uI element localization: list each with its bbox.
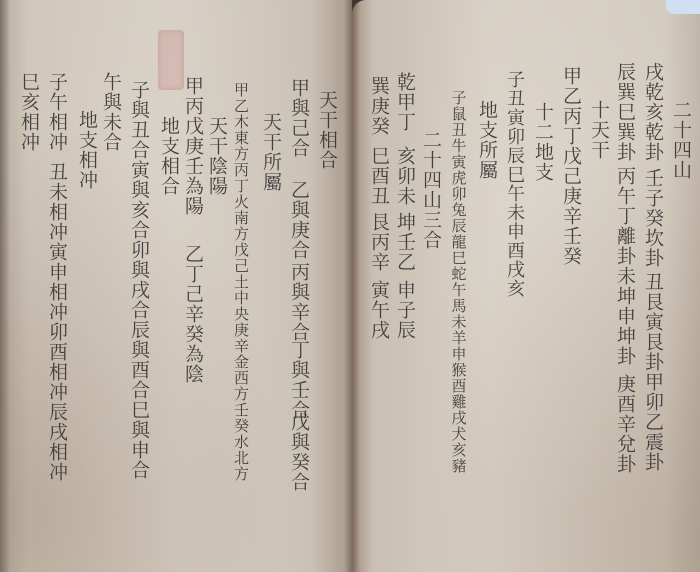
text-column: 子丑寅卯辰巳午未申酉戌亥 <box>504 70 525 298</box>
text-column: 甲乙木東方丙丁火南方戊己土中央庚辛金西方壬癸水北方 <box>232 82 250 482</box>
right-page: 二十四山 戌乾亥乾卦 壬子癸坎卦 丑艮寅艮卦 甲卯乙震卦 辰巽巳巽卦 丙午丁離卦… <box>352 0 700 572</box>
text-column: 戌乾亥乾卦 <box>642 62 664 162</box>
text-column: 丑艮寅艮卦 <box>642 272 664 372</box>
text-column: 乙與庚合 <box>288 180 310 260</box>
open-manuscript-book: 天干相合 甲與己合 乙與庚合 丙與辛合 丁與壬合 戊與癸合 天干所屬 甲乙木東方… <box>0 0 700 572</box>
text-column: 卯與戌合 <box>128 240 150 320</box>
text-column: 申子辰 <box>394 280 416 340</box>
text-column: 庚酉辛兌卦 <box>614 374 636 474</box>
heading-branch-animals: 地支所屬 <box>476 100 498 180</box>
heading-twenty-four-mountains: 二十四山 <box>670 100 692 180</box>
text-column: 艮丙辛 <box>368 212 390 272</box>
heading-heavenly-stem-combinations: 天干相合 <box>316 90 338 170</box>
text-column: 子午相冲 <box>46 72 68 152</box>
text-column: 乙丁己辛癸為陰 <box>182 244 204 384</box>
text-column: 亥卯未 <box>394 146 416 206</box>
text-column: 坤壬乙 <box>394 212 416 272</box>
text-column: 寅與亥合 <box>128 160 150 240</box>
text-column: 壬子癸坎卦 <box>642 168 664 268</box>
text-column: 甲丙戊庚壬為陽 <box>182 76 204 216</box>
text-column: 寅申相冲 <box>46 242 68 322</box>
background-corner <box>666 0 700 14</box>
text-column: 丙與辛合 <box>288 262 310 342</box>
heading-twenty-four-mountains-three-harmonies: 二十四山三合 <box>420 130 442 250</box>
text-column: 巽庚癸 <box>368 76 390 136</box>
text-column: 卯酉相冲 <box>46 322 68 402</box>
text-column: 丙午丁離卦 <box>614 166 636 266</box>
red-seal-stamp <box>158 30 184 90</box>
heading-twelve-earthly-branches: 十二地支 <box>532 102 554 182</box>
heading-heavenly-stem-directions: 天干所屬 <box>260 112 282 192</box>
text-column: 子鼠丑牛寅虎卯兔辰龍巳蛇午馬未羊申猴酉雞戌犬亥豬 <box>450 90 467 474</box>
text-column: 巳酉丑 <box>368 146 390 206</box>
text-column: 子與丑合 <box>128 80 150 160</box>
text-column: 甲乙丙丁戊己庚辛壬癸 <box>560 66 582 266</box>
text-column: 甲與己合 <box>288 78 310 158</box>
heading-ten-heavenly-stems: 十天干 <box>588 100 610 160</box>
text-column: 未坤申坤卦 <box>614 266 636 366</box>
text-column: 寅午戌 <box>368 280 390 340</box>
heading-earthly-branch-clashes: 地支相冲 <box>76 110 98 190</box>
text-column: 戊與癸合 <box>288 412 310 492</box>
text-column: 丑未相冲 <box>46 162 68 242</box>
text-column: 辰巽巳巽卦 <box>614 62 636 162</box>
book-spine-gutter <box>344 0 360 572</box>
left-page: 天干相合 甲與己合 乙與庚合 丙與辛合 丁與壬合 戊與癸合 天干所屬 甲乙木東方… <box>0 0 352 572</box>
heading-earthly-branch-combinations: 地支相合 <box>158 116 180 196</box>
text-column: 巳亥相冲 <box>18 72 40 152</box>
page-edge-shadow <box>0 0 10 572</box>
text-column: 乾甲丁 <box>394 72 416 132</box>
text-column: 辰與酉合 <box>128 320 150 400</box>
text-column: 午與未合 <box>100 72 122 152</box>
text-column: 丁與壬合 <box>288 340 310 420</box>
text-column: 辰戌相冲 <box>46 402 68 482</box>
text-column: 巳與申合 <box>128 400 150 480</box>
text-column: 甲卯乙震卦 <box>642 372 664 472</box>
heading-heavenly-stem-yin-yang: 天干陰陽 <box>206 116 228 196</box>
